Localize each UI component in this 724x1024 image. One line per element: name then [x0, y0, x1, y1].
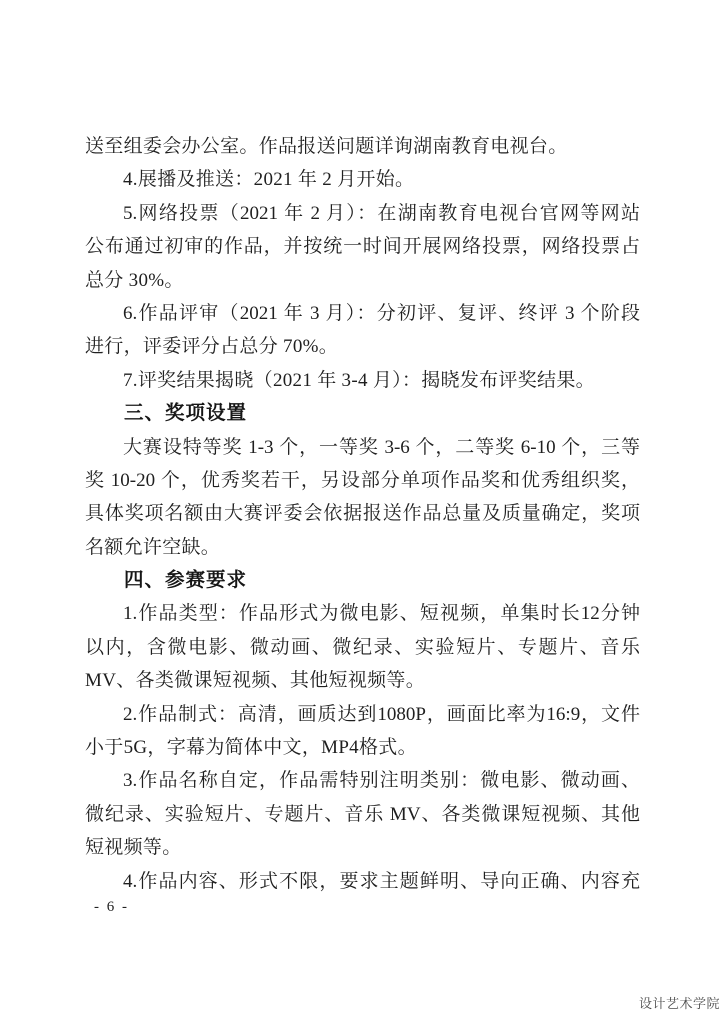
text-line: 7.评奖结果揭晓（2021 年 3-4 月）：揭晓发布评奖结果。 [85, 364, 640, 397]
text-line: 3.作品名称自定，作品需特别注明类别：微电影、微动画、 [85, 764, 640, 797]
section-heading: 四、参赛要求 [85, 564, 640, 597]
text-line: 大赛设特等奖 1-3 个，一等奖 3-6 个，二等奖 6-10 个，三等 [85, 431, 640, 464]
text-line: 小于5G，字幕为简体中文，MP4格式。 [85, 731, 640, 764]
text-line: 名额允许空缺。 [85, 531, 640, 564]
document-page: 送至组委会办公室。作品报送问题详询湖南教育电视台。4.展播及推送：2021 年 … [0, 0, 724, 1024]
text-line: 送至组委会办公室。作品报送问题详询湖南教育电视台。 [85, 130, 640, 163]
text-line: 短视频等。 [85, 831, 640, 864]
section-heading: 三、奖项设置 [85, 397, 640, 430]
text-line: 4.作品内容、形式不限，要求主题鲜明、导向正确、内容充 [85, 865, 640, 898]
text-line: 4.展播及推送：2021 年 2 月开始。 [85, 163, 640, 196]
text-line: 1.作品类型：作品形式为微电影、短视频，单集时长12分钟 [85, 597, 640, 630]
text-line: 进行，评委评分占总分 70%。 [85, 330, 640, 363]
text-line: 具体奖项名额由大赛评委会依据报送作品总量及质量确定，奖项 [85, 497, 640, 530]
text-line: 6.作品评审（2021 年 3 月）：分初评、复评、终评 3 个阶段 [85, 297, 640, 330]
text-line: 2.作品制式：高清，画质达到1080P，画面比率为16:9，文件 [85, 698, 640, 731]
page-number: - 6 - [94, 899, 129, 916]
text-line: 以内，含微电影、微动画、微纪录、实验短片、专题片、音乐 [85, 631, 640, 664]
text-line: 5.网络投票（2021 年 2 月）：在湖南教育电视台官网等网站 [85, 197, 640, 230]
text-line: MV、各类微课短视频、其他短视频等。 [85, 664, 640, 697]
document-body: 送至组委会办公室。作品报送问题详询湖南教育电视台。4.展播及推送：2021 年 … [85, 130, 640, 898]
text-line: 总分 30%。 [85, 264, 640, 297]
text-line: 公布通过初审的作品，并按统一时间开展网络投票，网络投票占 [85, 230, 640, 263]
text-line: 微纪录、实验短片、专题片、音乐 MV、各类微课短视频、其他 [85, 798, 640, 831]
watermark-text: 设计艺术学院 [639, 993, 720, 1012]
text-line: 奖 10-20 个，优秀奖若干，另设部分单项作品奖和优秀组织奖， [85, 464, 640, 497]
